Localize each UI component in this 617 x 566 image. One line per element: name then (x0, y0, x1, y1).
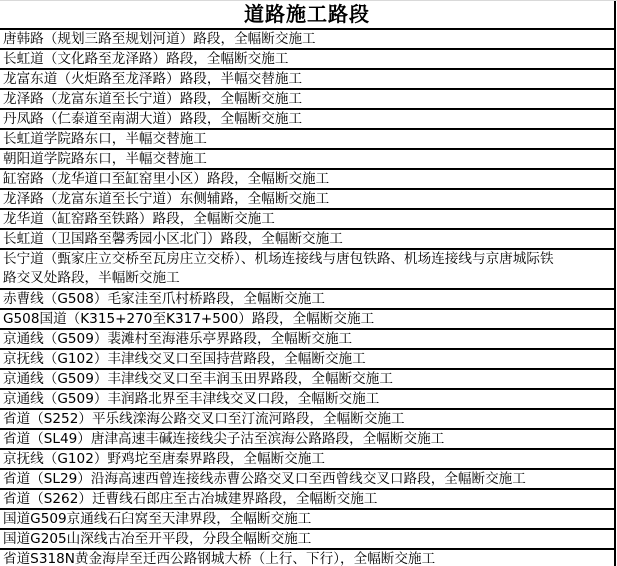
table-row: 唐韩路（规划三路至规划河道）路段，全幅断交施工 (0, 30, 616, 50)
table-row: 省道S318N黄金海岸至迁西公路钢城大桥（上行、下行），全幅断交施工 (0, 550, 616, 566)
table-row: 龙富东道（火炬路至龙泽路）路段，半幅交替施工 (0, 70, 616, 90)
table-row: 丹凤路（仁泰道至南湖大道）路段，全幅断交施工 (0, 110, 616, 130)
table-row: 省道（SL49）唐津高速丰碱连接线尖子沽至滨海公路路段，全幅断交施工 (0, 430, 616, 450)
road-construction-table: 道路施工路段 唐韩路（规划三路至规划河道）路段，全幅断交施工 长虹道（文化路至龙… (0, 1, 616, 566)
table-row: 长虹道（文化路至龙泽路）路段，全幅断交施工 (0, 50, 616, 70)
table-row: 省道（SL29）沿海高速西曾连接线赤曹公路交叉口至西曾线交叉口路段，全幅断交施工 (0, 470, 616, 490)
table-row: 省道（S252）平乐线滦海公路交叉口至汀流河路段，全幅断交施工 (0, 410, 616, 430)
table-row: 长虹道（卫国路至馨秀园小区北门）路段，全幅断交施工 (0, 230, 616, 250)
table-row: 朝阳道学院路东口，半幅交替施工 (0, 150, 616, 170)
table-row: 缸窑路（龙华道口至缸窑里小区）路段，全幅断交施工 (0, 170, 616, 190)
table-row: 国道G509京通线石臼窝至天津界段，全幅断交施工 (0, 510, 616, 530)
table-row: 长虹道学院路东口，半幅交替施工 (0, 130, 616, 150)
table-row: 龙泽路（龙富东道至长宁道）东侧辅路，全幅断交施工 (0, 190, 616, 210)
table-row: 京通线（G509）裴滩村至海港乐亭界路段，全幅断交施工 (0, 330, 616, 350)
table-row: 京抚线（G102）丰津线交叉口至国持营路段，全幅断交施工 (0, 350, 616, 370)
table-title: 道路施工路段 (0, 1, 616, 30)
table-row: 龙华道（缸窑路至铁路）路段，全幅断交施工 (0, 210, 616, 230)
table-row: 省道（S262）迁曹线石郎庄至古冶城建界路段，全幅断交施工 (0, 490, 616, 510)
table-row: 长宁道（甄家庄立交桥至瓦房庄立交桥）、机场连接线与唐包铁路、机场连接线与京唐城际… (0, 250, 616, 290)
table-row: 赤曹线（G508）毛家洼至爪村桥路段，全幅断交施工 (0, 290, 616, 310)
table-row: G508国道（K315+270至K317+500）路段，全幅断交施工 (0, 310, 616, 330)
table-row: 龙泽路（龙富东道至长宁道）路段，全幅断交施工 (0, 90, 616, 110)
table-row: 京抚线（G102）野鸡坨至唐秦界路段，全幅断交施工 (0, 450, 616, 470)
table-row: 京通线（G509）丰津线交叉口至丰润玉田界路段，全幅断交施工 (0, 370, 616, 390)
table-row: 京通线（G509）丰润路北界至丰津线交叉口段，全幅断交施工 (0, 390, 616, 410)
table-row: 国道G205山深线古冶至开平段，分段全幅断交施工 (0, 530, 616, 550)
